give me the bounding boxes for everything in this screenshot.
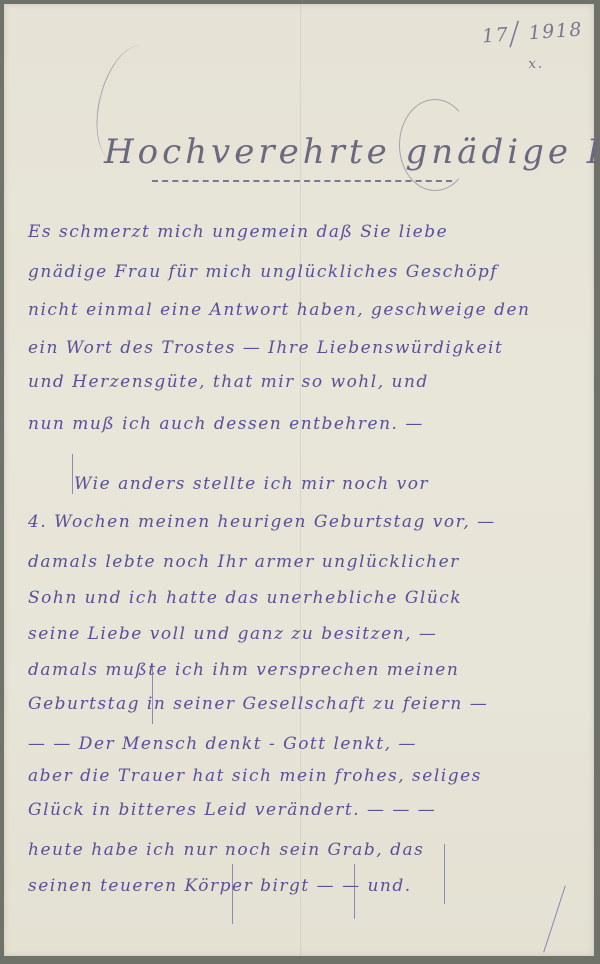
letter-line: heute habe ich nur noch sein Grab, das [28, 840, 424, 860]
ink-stroke [72, 454, 73, 494]
letter-line: 4. Wochen meinen heurigen Geburtstag vor… [28, 512, 496, 532]
ink-stroke [444, 844, 445, 904]
salutation: Hochverehrte gnädige Frau! [104, 132, 600, 172]
letter-line: nicht einmal eine Antwort haben, geschwe… [28, 300, 530, 320]
letter-line: damals mußte ich ihm versprechen meinen [28, 660, 459, 680]
ink-stroke [232, 864, 233, 924]
ink-stroke [152, 664, 153, 724]
letter-line: Glück in bitteres Leid verändert. — — — [28, 800, 436, 820]
scan-border: 17/ 1918 x. Hochverehrte gnädige Frau! E… [0, 0, 600, 964]
letter-date: 17/ 1918 x. [481, 19, 583, 48]
letter-line: Geburtstag in seiner Gesellschaft zu fei… [28, 694, 488, 714]
date-day: 17 [481, 24, 510, 48]
letter-line: seine Liebe voll und ganz zu besitzen, — [28, 624, 437, 644]
salutation-underline [152, 180, 452, 182]
ink-stroke [354, 864, 355, 919]
letter-line: Sohn und ich hatte das unerhebliche Glüc… [28, 588, 462, 608]
date-month: x. [528, 55, 544, 72]
date-year: 1918 [528, 19, 584, 45]
letter-line: — — Der Mensch denkt - Gott lenkt, — [28, 734, 417, 754]
letter-line: und Herzensgüte, that mir so wohl, und [28, 372, 429, 392]
letter-line: Es schmerzt mich ungemein daß Sie liebe [28, 222, 448, 242]
date-slash: / [511, 14, 519, 55]
letter-line: nun muß ich auch dessen entbehren. — [28, 414, 424, 434]
letter-sheet: 17/ 1918 x. Hochverehrte gnädige Frau! E… [4, 4, 594, 956]
letter-line: damals lebte noch Ihr armer unglückliche… [28, 552, 460, 572]
closing-flourish [543, 886, 566, 953]
letter-line: ein Wort des Trostes — Ihre Liebenswürdi… [28, 338, 503, 358]
letter-line: gnädige Frau für mich unglückliches Gesc… [28, 262, 498, 282]
letter-line: Wie anders stellte ich mir noch vor [74, 474, 429, 494]
letter-line: aber die Trauer hat sich mein frohes, se… [28, 766, 482, 786]
